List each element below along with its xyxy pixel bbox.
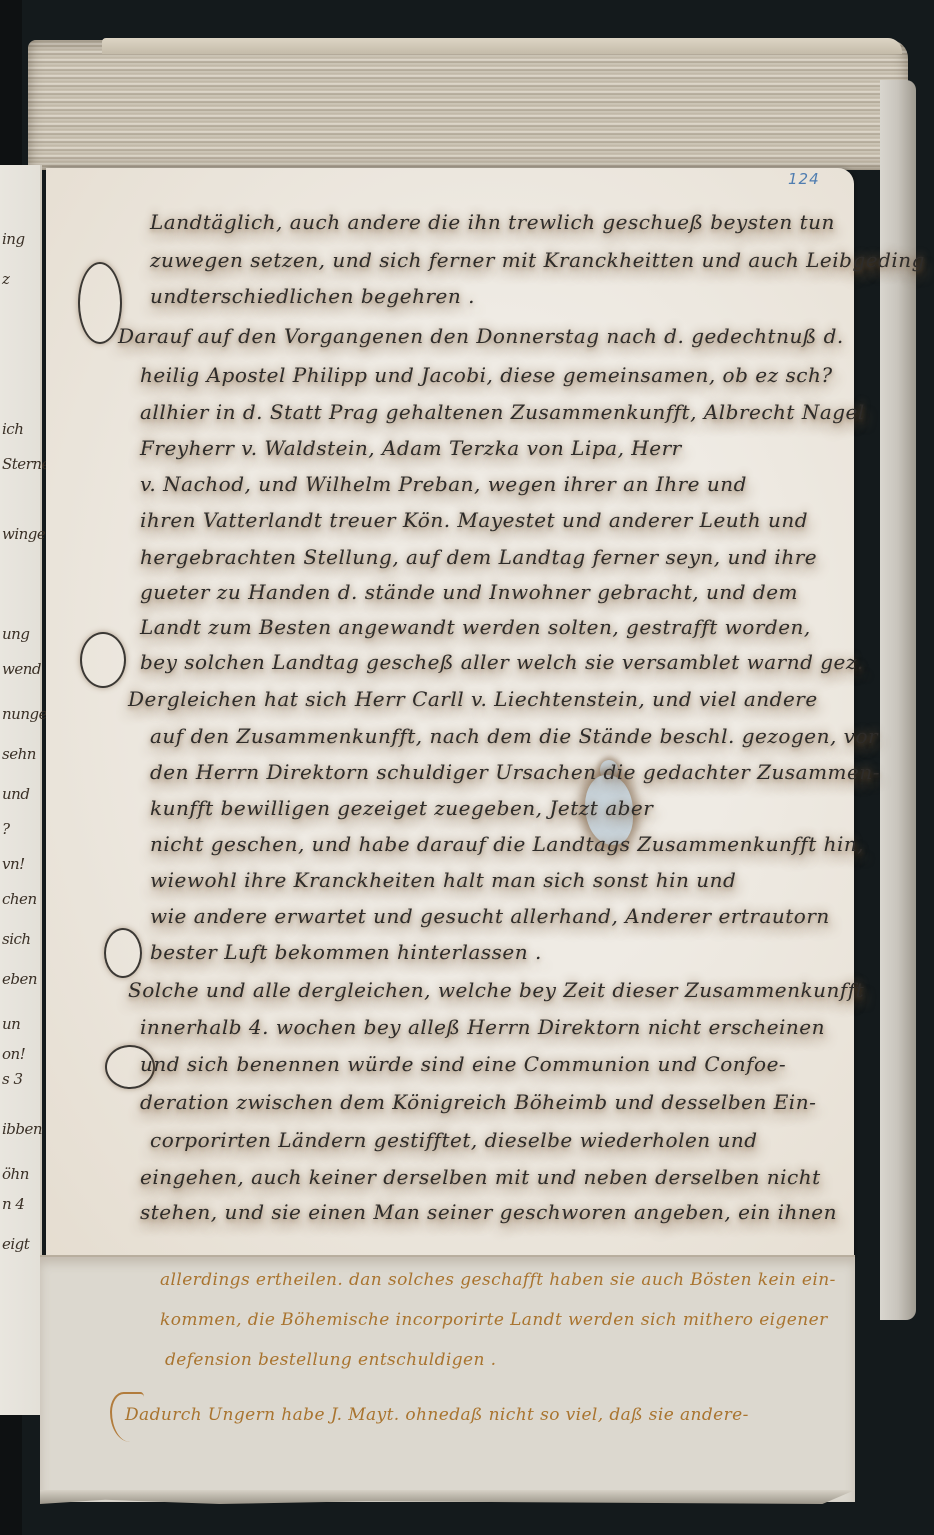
text-line: nicht geschen, und habe darauf die Landt…	[150, 832, 864, 856]
text-line: Landt zum Besten angewandt werden solten…	[140, 615, 811, 639]
facing-fragment: sehn	[2, 745, 36, 763]
facing-fragment: Sterne	[2, 455, 50, 473]
facing-fragment: ung	[2, 625, 29, 643]
facing-fragment: ich	[2, 420, 23, 438]
facing-fragment: s 3	[2, 1070, 23, 1088]
text-line: bester Luft bekommen hinterlassen .	[150, 940, 542, 964]
text-line: Solche und alle dergleichen, welche bey …	[128, 978, 864, 1002]
text-line: deration zwischen dem Königreich Böheimb…	[140, 1090, 816, 1114]
facing-fragment: on!	[2, 1045, 25, 1063]
facing-fragment: eigt	[2, 1235, 29, 1253]
facing-fragment: ing	[2, 230, 25, 248]
text-line: Landtäglich, auch andere die ihn trewlic…	[150, 210, 835, 234]
text-line: ihren Vatterlandt treuer Kön. Mayestet u…	[140, 508, 808, 532]
facing-fragment: n 4	[2, 1195, 24, 1213]
folio-number: 124	[788, 170, 820, 188]
strip-text-line: allerdings ertheilen. dan solches gescha…	[160, 1270, 836, 1290]
initial-d-loop-icon	[78, 262, 122, 344]
text-line: v. Nachod, und Wilhelm Preban, wegen ihr…	[140, 472, 747, 496]
facing-fragment: ibben	[2, 1120, 42, 1138]
text-line: gueter zu Handen d. stände und Inwohner …	[140, 580, 798, 604]
text-line: allhier in d. Statt Prag gehaltenen Zusa…	[140, 400, 865, 424]
strip-text-line: kommen, die Böhemische incorporirte Land…	[160, 1310, 828, 1330]
text-line: bey solchen Landtag gescheß aller welch …	[140, 650, 864, 674]
facing-fragment: un	[2, 1015, 20, 1033]
facing-fragment: ?	[2, 820, 10, 838]
text-line: hergebrachten Stellung, auf dem Landtag …	[140, 545, 817, 569]
initial-d-loop-icon	[80, 632, 126, 688]
text-line: wie andere erwartet und gesucht allerhan…	[150, 904, 830, 928]
text-line: den Herrn Direktorn schuldiger Ursachen …	[150, 760, 880, 784]
facing-fragment: öhn	[2, 1165, 29, 1183]
paper-stack-edges	[28, 40, 908, 170]
text-line: wiewohl ihre Kranckheiten halt man sich …	[150, 868, 736, 892]
text-line: heilig Apostel Philipp und Jacobi, diese…	[140, 363, 833, 387]
facing-page: ing z ich Sterne wingen ung wend nungen …	[0, 165, 42, 1415]
facing-fragment: wend	[2, 660, 41, 678]
text-line: eingehen, auch keiner derselben mit und …	[140, 1165, 821, 1189]
facing-fragment: sich	[2, 930, 31, 948]
text-line: Freyherr v. Waldstein, Adam Terzka von L…	[140, 436, 682, 460]
text-line: innerhalb 4. wochen bey alleß Herrn Dire…	[140, 1015, 825, 1039]
text-line: Dergleichen hat sich Herr Carll v. Liech…	[128, 687, 818, 711]
text-line: kunfft bewilligen gezeiget zuegeben, Jet…	[150, 796, 653, 820]
top-sheet-edge	[102, 38, 902, 54]
text-line: Darauf auf den Vorgangenen den Donnersta…	[118, 324, 844, 348]
text-line: und sich benennen würde sind eine Commun…	[140, 1052, 786, 1076]
text-line: corporirten Ländern gestifftet, dieselbe…	[150, 1128, 758, 1152]
strip-text-line: Dadurch Ungern habe J. Mayt. ohnedaß nic…	[125, 1405, 749, 1425]
facing-fragment: und	[2, 785, 29, 803]
facing-fragment: chen	[2, 890, 37, 908]
facing-fragment: eben	[2, 970, 37, 988]
initial-s-loop-icon	[104, 928, 142, 978]
bottom-paper-strip	[40, 1255, 855, 1502]
text-line: auf den Zusammenkunfft, nach dem die Stä…	[150, 724, 878, 748]
facing-fragment: vn!	[2, 855, 25, 873]
strip-text-line: defension bestellung entschuldigen .	[165, 1350, 496, 1370]
text-line: zuwegen setzen, und sich ferner mit Kran…	[150, 248, 925, 272]
facing-fragment: z	[2, 270, 9, 288]
text-line: stehen, und sie einen Man seiner geschwo…	[140, 1200, 837, 1224]
text-line: undterschiedlichen begehren .	[150, 284, 475, 308]
manuscript-photograph: ing z ich Sterne wingen ung wend nungen …	[0, 0, 934, 1535]
